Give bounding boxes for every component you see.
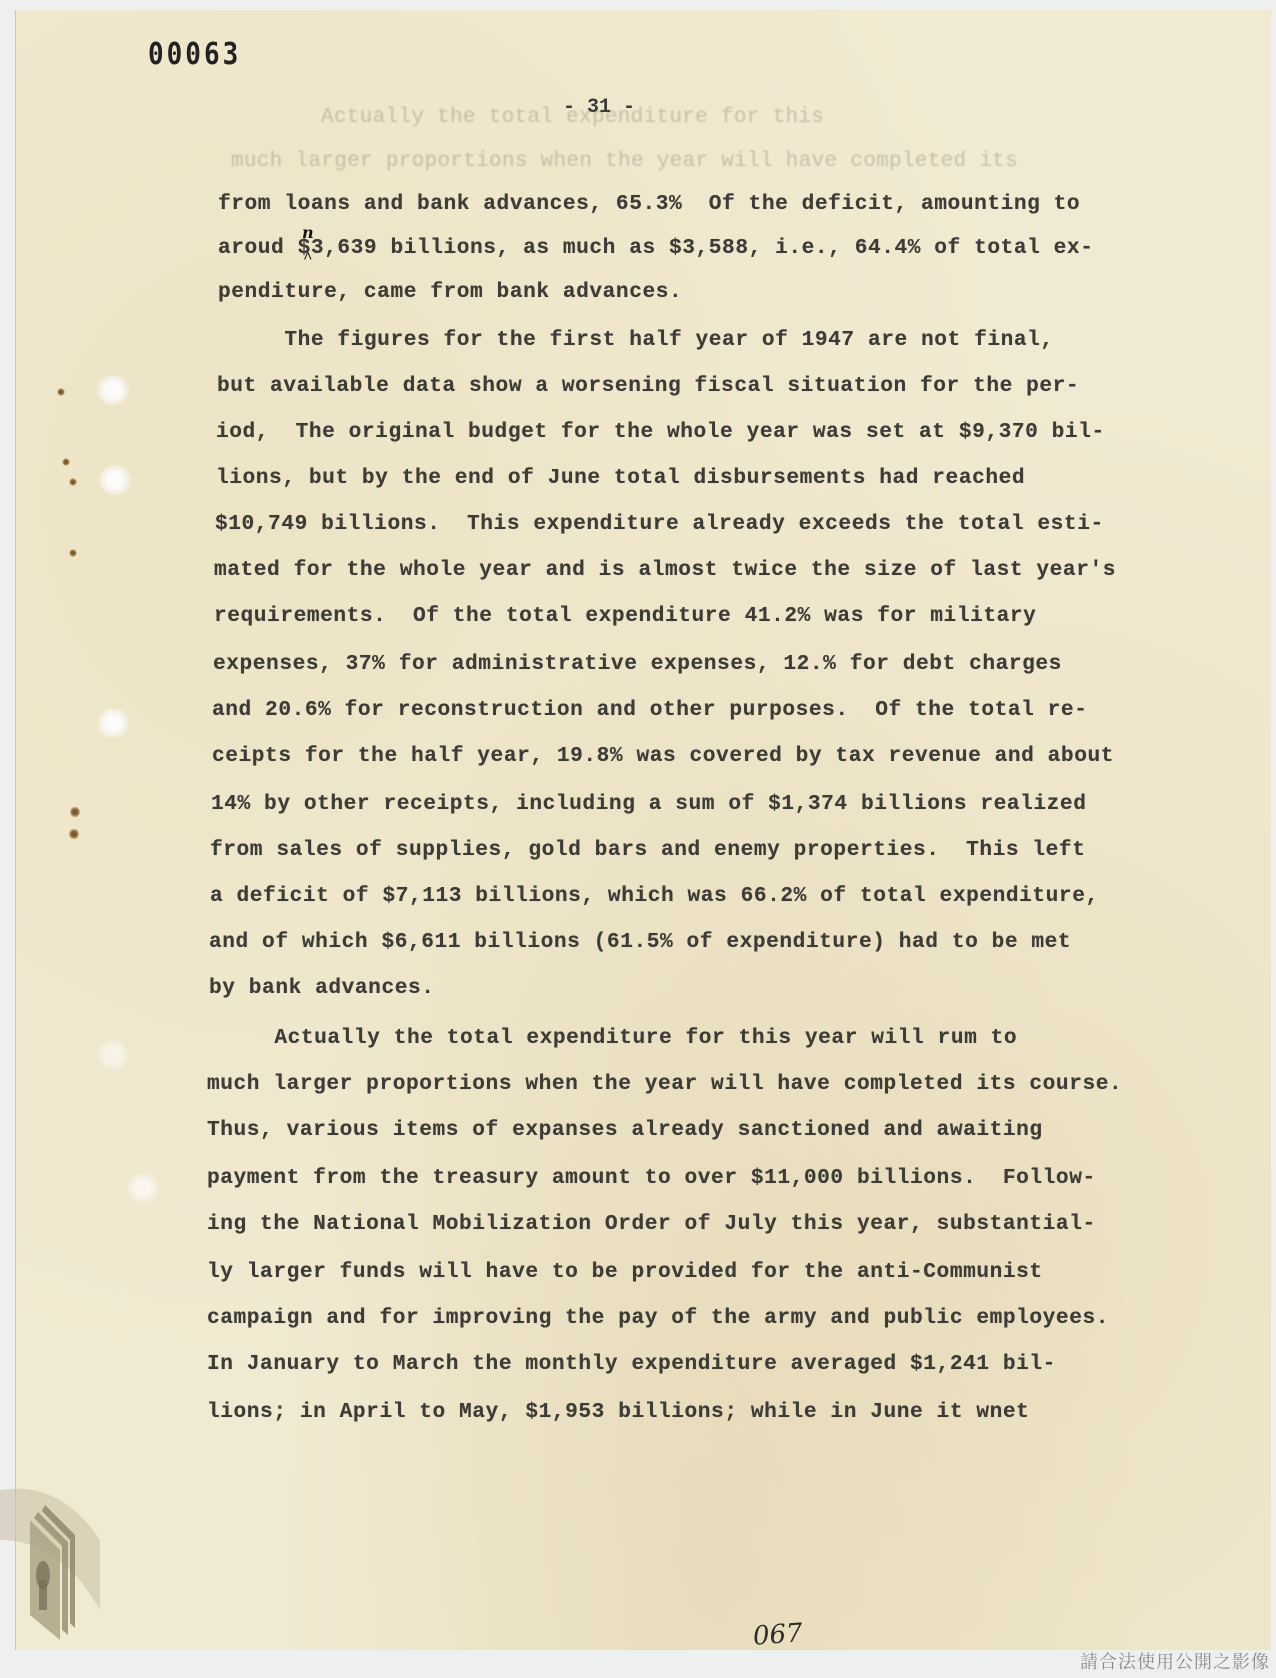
text-line: from loans and bank advances, 65.3% Of t…: [218, 192, 1080, 216]
text-line: lions, but by the end of June total disb…: [216, 466, 1025, 490]
text-line: from sales of supplies, gold bars and en…: [210, 838, 1085, 862]
text-line: ing the National Mobilization Order of J…: [207, 1212, 1096, 1236]
text-line: Thus, various items of expanses already …: [207, 1118, 1043, 1142]
rust-spot: [70, 806, 80, 818]
document-page: 00063 Actually the total expenditure for…: [15, 10, 1271, 1650]
text-line: In January to March the monthly expendit…: [207, 1352, 1056, 1376]
rust-spot: [69, 478, 77, 486]
text-line: payment from the treasury amount to over…: [207, 1166, 1096, 1190]
show-through-text-line: much larger proportions when the year wi…: [231, 150, 1018, 173]
text-line: The figures for the first half year of 1…: [218, 328, 1054, 352]
rust-spot: [69, 549, 77, 557]
text-line: a deficit of $7,113 billions, which was …: [210, 884, 1099, 908]
text-line: $10,749 billions. This expenditure alrea…: [215, 512, 1104, 536]
rust-spot: [69, 828, 79, 840]
text-line: iod, The original budget for the whole y…: [216, 420, 1105, 444]
text-line: mated for the whole year and is almost t…: [214, 558, 1116, 582]
text-line: requirements. Of the total expenditure 4…: [214, 604, 1036, 628]
usage-watermark: 請合法使用公開之影像: [1080, 1648, 1270, 1674]
binding-hole: [98, 465, 132, 495]
binding-hole: [96, 708, 130, 738]
text-line: aroud $3,639 billions, as much as $3,588…: [218, 236, 1093, 260]
text-line: 14% by other receipts, including a sum o…: [211, 792, 1086, 816]
archive-stamp-number: 00063: [148, 38, 241, 73]
text-line: and 20.6% for reconstruction and other p…: [212, 698, 1087, 722]
text-line: campaign and for improving the pay of th…: [207, 1306, 1109, 1330]
text-line: much larger proportions when the year wi…: [207, 1072, 1122, 1096]
text-line: expenses, 37% for administrative expense…: [213, 652, 1062, 676]
text-line: ceipts for the half year, 19.8% was cove…: [212, 744, 1114, 768]
page-number: - 31 -: [563, 96, 635, 119]
text-line: and of which $6,611 billions (61.5% of e…: [209, 930, 1071, 954]
text-line: but available data show a worsening fisc…: [217, 374, 1079, 398]
handwritten-folio-number: 067: [752, 1618, 804, 1651]
text-line: penditure, came from bank advances.: [218, 280, 682, 304]
binding-hole: [96, 375, 130, 405]
rust-spot: [62, 458, 70, 466]
binding-hole: [126, 1173, 160, 1203]
text-line: ly larger funds will have to be provided…: [207, 1260, 1043, 1284]
binding-hole: [96, 1040, 130, 1070]
text-line: by bank advances.: [209, 976, 435, 1000]
archive-logo-icon: [0, 1480, 125, 1678]
text-line: lions; in April to May, $1,953 billions;…: [207, 1400, 1029, 1424]
text-line: Actually the total expenditure for this …: [208, 1026, 1017, 1050]
rust-spot: [57, 388, 65, 396]
